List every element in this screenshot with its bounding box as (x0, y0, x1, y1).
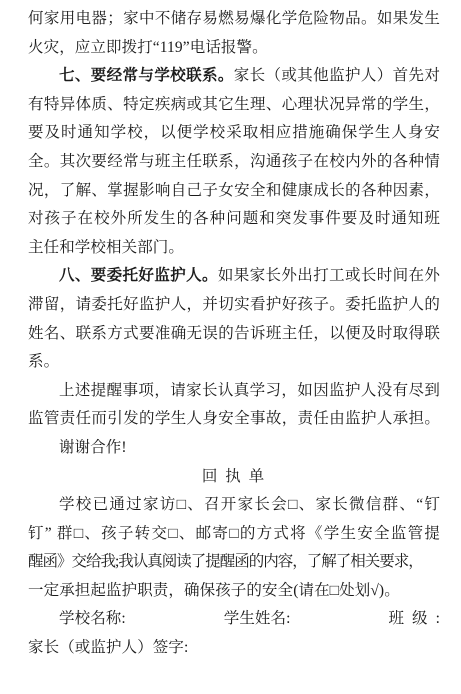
body-line: 况，了解、掌握影响自己子女安全和健康成长的各种因素， (28, 177, 440, 206)
closing-line: 上述提醒事项，请家长认真学习，如因监护人没有尽到 (28, 377, 440, 406)
body-line: 系。 (28, 348, 440, 377)
closing-line: 监管责任而引发的学生人身安全事故，责任由监护人承担。 (28, 405, 440, 434)
body-line: 滞留，请委托好监护人，并切实看护好孩子。委托监护人的 (28, 291, 440, 320)
section-8-heading: 八、要委托好监护人。 (59, 267, 218, 284)
body-line: 全。其次要经常与班主任联系，沟通孩子在校内外的各种情 (28, 148, 440, 177)
receipt-line: 钉” 群□、孩子转交□、邮寄□的方式将《学生安全监管提 (28, 520, 440, 549)
body-line: 火灾，应立即拨打“119”电话报警。 (28, 34, 440, 63)
body-line: 姓名、联系方式要准确无误的告诉班主任，以便及时取得联 (28, 320, 440, 349)
section-7-heading: 七、要经常与学校联系。 (59, 67, 234, 84)
body-line: 何家用电器；家中不储存易燃易爆化学危险物品。如果发生 (28, 5, 440, 34)
body-line: 有特异体质、特定疾病或其它生理、心理状况异常的学生， (28, 91, 440, 120)
guardian-signature-field-label: 家长（或监护人）签字: (28, 634, 440, 663)
section-7-text: 家长（或其他监护人）首先对 (234, 67, 440, 84)
document-page: { "colors": { "page_bg": "#ffffff", "tex… (0, 0, 461, 694)
school-name-field-label: 学校名称: (59, 605, 126, 634)
letter-body: 何家用电器；家中不储存易燃易爆化学危险物品。如果发生 火灾，应立即拨打“119”… (0, 0, 461, 694)
receipt-fields-row: 学校名称: 学生姓名: 班 级 : (28, 605, 440, 634)
body-line: 主任和学校相关部门。 (28, 234, 440, 263)
class-field-label: 班 级 : (388, 605, 440, 634)
section-8-text: 如果家长外出打工或长时间在外 (218, 267, 440, 284)
body-line: 要及时通知学校，以便学校采取相应措施确保学生人身安 (28, 119, 440, 148)
section-7-first-line: 七、要经常与学校联系。家长（或其他监护人）首先对 (28, 62, 440, 91)
body-line: 对孩子在校外所发生的各种问题和突发事件要及时通知班 (28, 205, 440, 234)
thanks-line: 谢谢合作! (28, 434, 440, 463)
receipt-line: 醒函》交给我;我认真阅读了提醒函的内容，了解了相关要求， (28, 548, 440, 577)
receipt-line: 一定承担起监护职责，确保孩子的安全(请在□处划√)。 (28, 577, 440, 606)
student-name-field-label: 学生姓名: (224, 605, 291, 634)
receipt-title: 回 执 单 (28, 463, 440, 492)
receipt-line: 学校已通过家访□、召开家长会□、家长微信群、“钉 (28, 491, 440, 520)
section-8-first-line: 八、要委托好监护人。如果家长外出打工或长时间在外 (28, 262, 440, 291)
